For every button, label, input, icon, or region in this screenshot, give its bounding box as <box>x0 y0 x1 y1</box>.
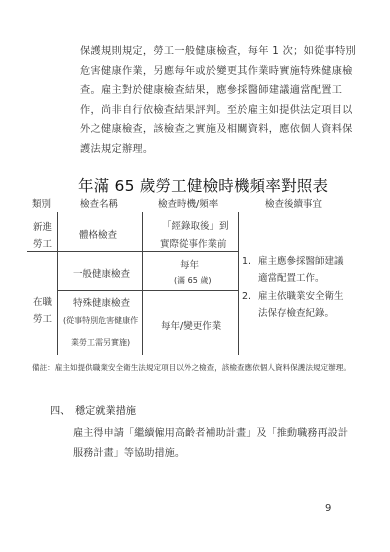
row-timing: 「經錄取後」到 <box>162 218 229 232</box>
divider <box>57 290 239 291</box>
row-timing: 每年 <box>180 257 199 271</box>
divider <box>27 251 239 252</box>
row-category: 新進 <box>33 219 52 233</box>
paragraph-line: 外之健康檢查，該檢查之實施及相關資料，應依個人資料保 <box>80 120 330 140</box>
section-body: 雇主得申請「繼續僱用高齡者補助計畫」及「推動職務再設計 服務計畫」等協助措施。 <box>73 424 348 463</box>
page-number: 9 <box>325 503 331 514</box>
row-category: 在職 <box>33 294 52 308</box>
paragraph-line: 保護規則規定，勞工一般健康檢查，每年 1 次；如從事特別 <box>80 42 330 62</box>
row-category: 勞工 <box>33 311 52 325</box>
row-timing: (滿 65 歲) <box>174 275 212 286</box>
header-followup: 檢查後續事宜 <box>265 196 322 210</box>
header-category: 類別 <box>32 196 51 210</box>
followup-number: 1. <box>242 253 258 270</box>
paragraph-line: 危害健康作業，另應每年或於變更其作業時實施特殊健康檢 <box>80 62 330 82</box>
row-timing: 每年/變更作業 <box>161 318 221 332</box>
paragraph-line: 查。雇主對於健康檢查結果，應參採醫師建議適當配置工 <box>80 81 330 101</box>
divider <box>57 212 58 355</box>
intro-paragraph: 保護規則規定，勞工一般健康檢查，每年 1 次；如從事特別 危害健康作業，另應每年… <box>80 42 330 159</box>
followup-item: 2.雇主依職業安全衛生 法保存檢查紀錄。 <box>242 288 344 322</box>
row-name: 一般健康檢查 <box>73 266 130 280</box>
paragraph-line: 護法規定辦理。 <box>80 140 330 160</box>
row-name: 特殊健康檢查 <box>73 295 130 309</box>
section-title: 穩定就業措施 <box>75 406 136 417</box>
table-title: 年滿 65 歲勞工健檢時機頻率對照表 <box>78 174 328 196</box>
followup-number: 2. <box>242 288 258 305</box>
section-line: 服務計畫」等協助措施。 <box>73 444 348 464</box>
paragraph-line: 作，尚非自行依檢查結果評判。至於雇主如提供法定項目以 <box>80 101 330 121</box>
table-footnote: 備註：雇主如提供職業安全衛生法規定項目以外之檢查，該檢查應依個人資料保護法規定辦… <box>32 362 351 373</box>
section-number: 四、 <box>50 402 75 417</box>
row-category: 勞工 <box>33 236 52 250</box>
row-name-note: (從事特別危害健康作 <box>63 315 138 326</box>
followup-item: 1.雇主應參採醫師建議 適當配置工作。 <box>242 253 344 287</box>
divider <box>142 212 143 355</box>
section-line: 雇主得申請「繼續僱用高齡者補助計畫」及「推動職務再設計 <box>73 424 348 444</box>
row-name-note: 業勞工需另實施) <box>71 337 130 348</box>
header-timing: 檢查時機/頻率 <box>158 196 218 210</box>
row-timing: 實際從事作業前 <box>160 236 227 250</box>
row-name: 體格檢查 <box>79 227 117 241</box>
divider <box>238 212 239 355</box>
header-name: 檢查名稱 <box>80 196 118 210</box>
section-heading: 四、穩定就業措施 <box>50 402 136 417</box>
